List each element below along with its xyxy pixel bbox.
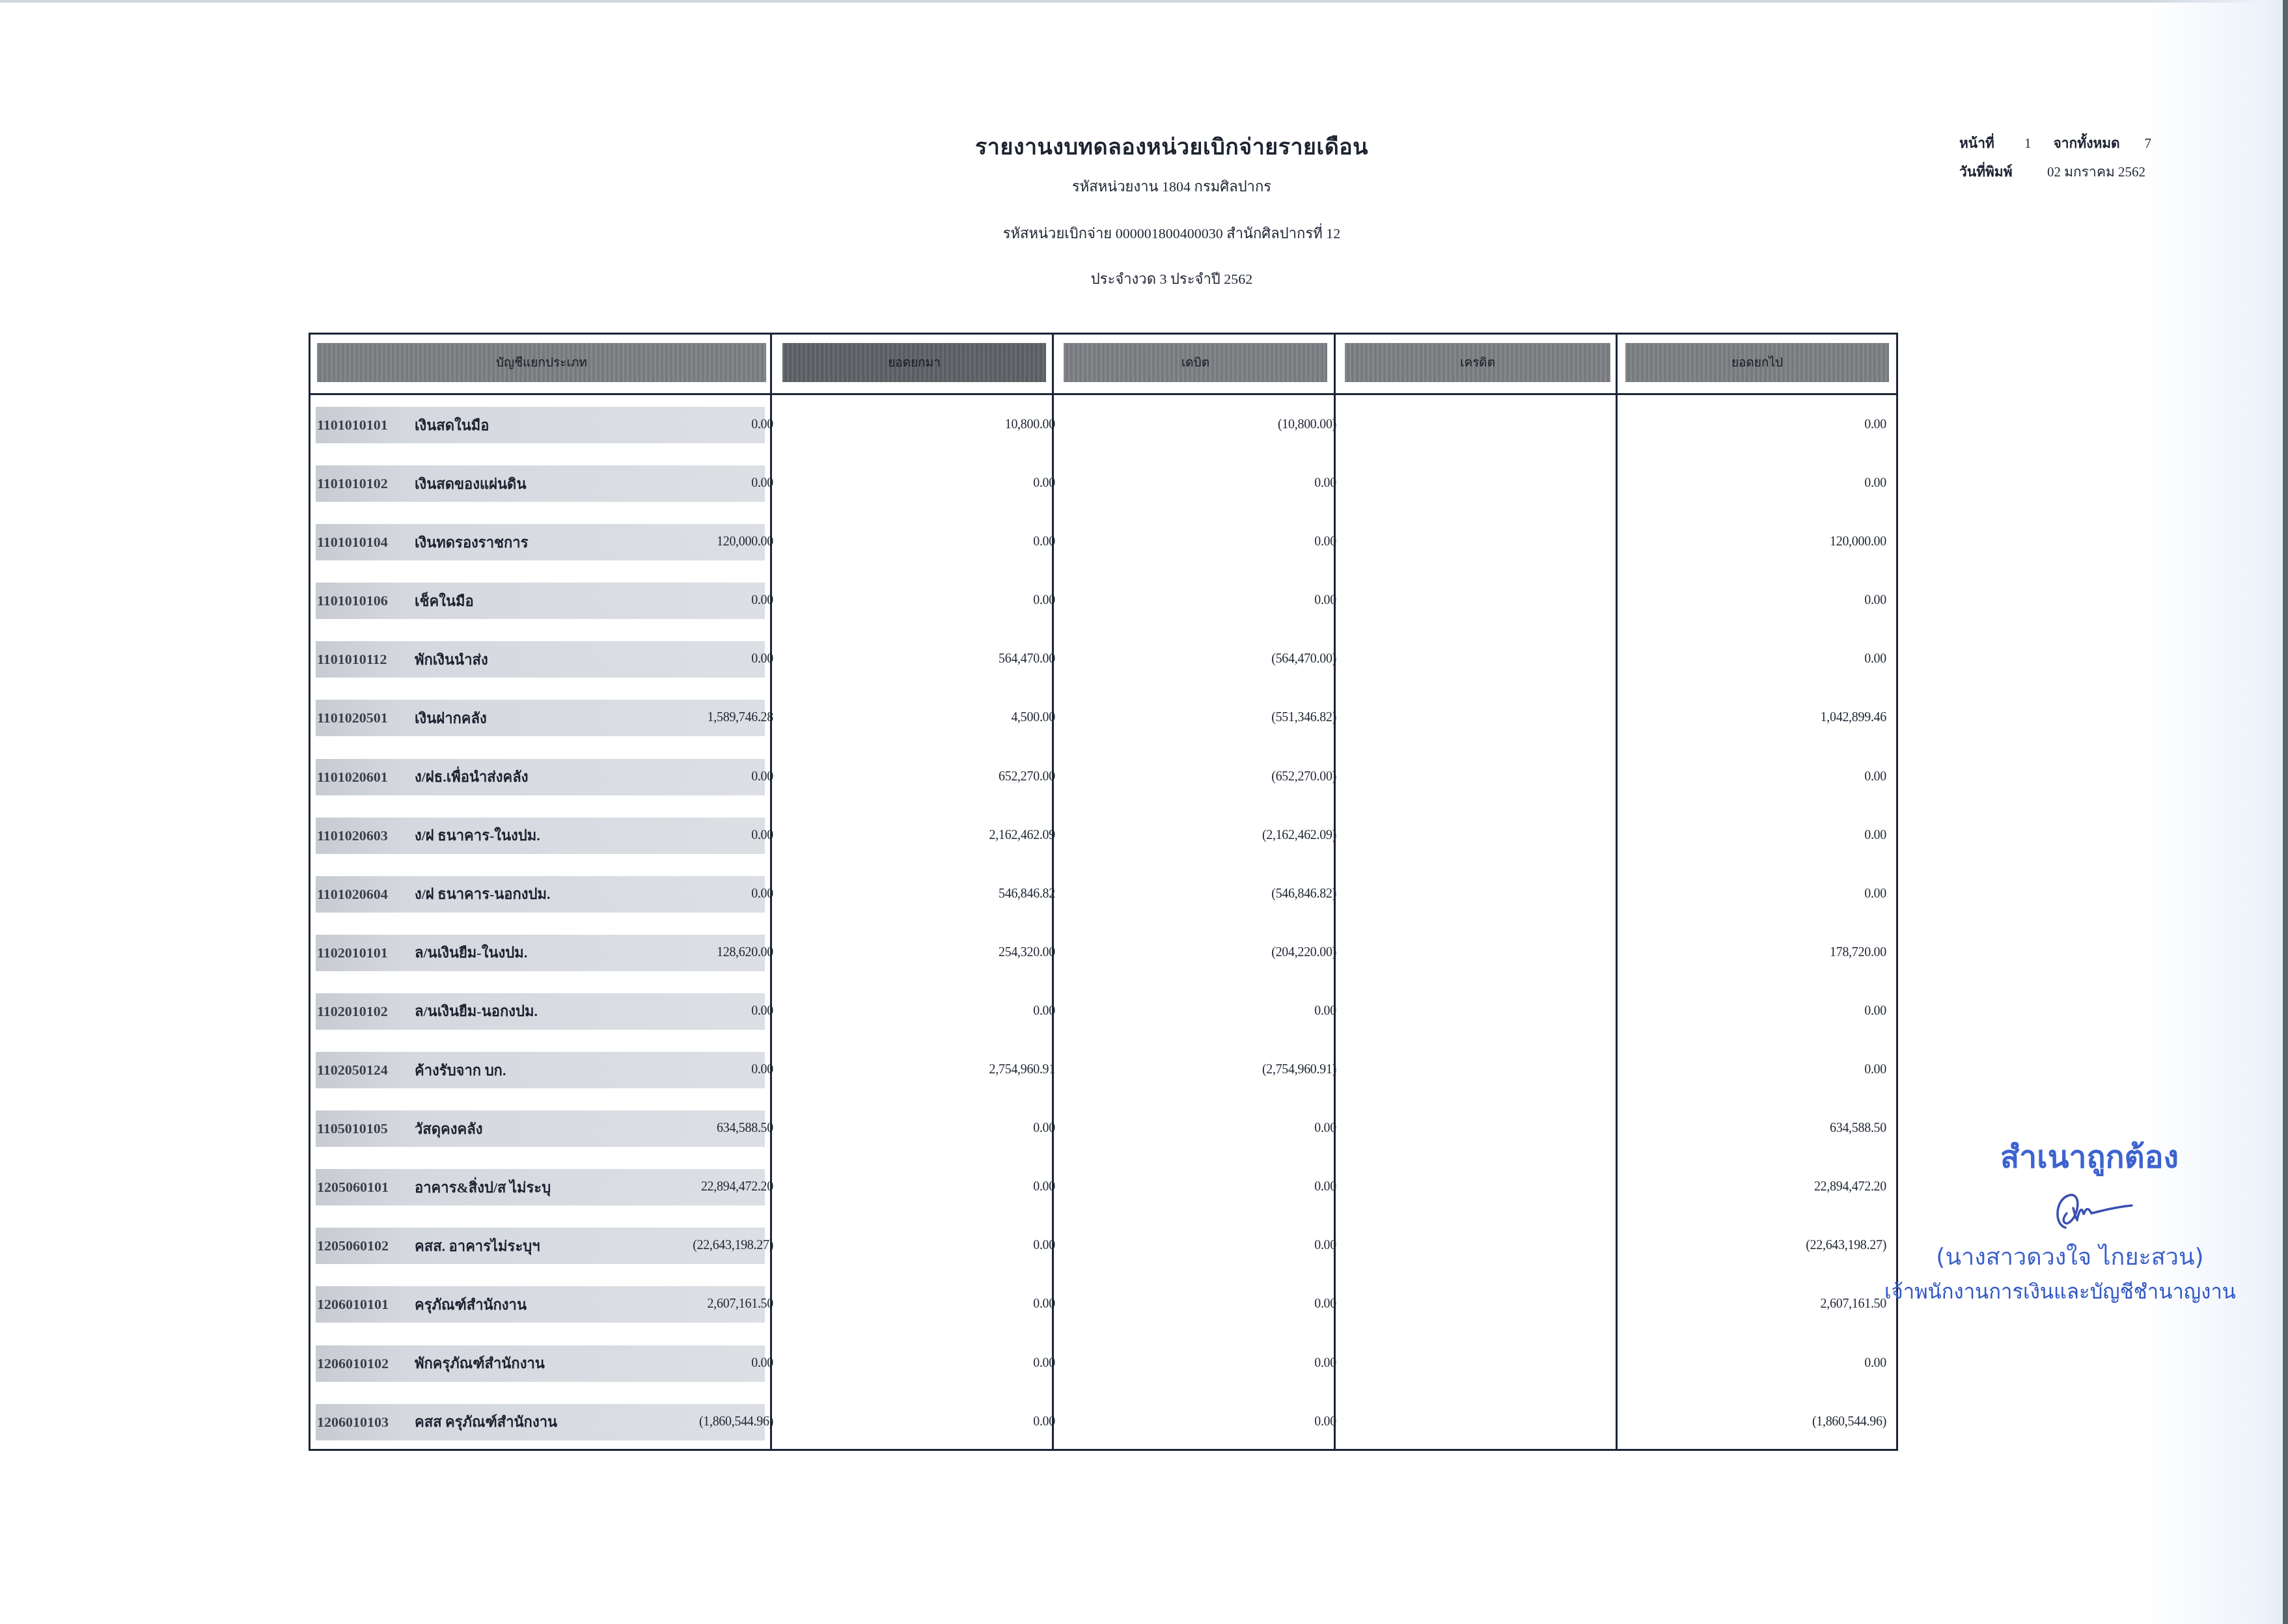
- column-header-opening: ยอดยกมา: [782, 343, 1046, 382]
- table-row: 1206010102 พักครุภัณฑ์สำนักงาน 0.00 0.00…: [310, 1334, 1896, 1392]
- credit-amount: (10,800.00): [1278, 417, 1336, 432]
- credit-amount: 0.00: [1314, 1297, 1336, 1312]
- account-cell: 1206010103 คสส ครุภัณฑ์สำนักงาน: [316, 1404, 765, 1440]
- account-code: 1102010102: [316, 1003, 408, 1020]
- credit-amount: 0.00: [1314, 1356, 1336, 1371]
- account-name: ครุภัณฑ์สำนักงาน: [408, 1293, 527, 1316]
- disbursing-unit: รหัสหน่วยเบิกจ่าย 000001800400030 สำนักศ…: [911, 224, 1432, 243]
- account-cell: 1102010102 ล/นเงินยืม-นอกงปม.: [316, 993, 765, 1030]
- account-code: 1102050124: [316, 1062, 408, 1079]
- credit-amount: (2,162,462.09): [1262, 828, 1336, 843]
- certified-copy-stamp: สำเนาถูกต้อง (นางสาวดวงใจ ไกยะสวน) เจ้าพ…: [1875, 1133, 2252, 1308]
- account-cell: 1101010102 เงินสดของแผ่นดิน: [316, 465, 765, 502]
- debit-amount: 546,846.82: [999, 887, 1055, 901]
- account-name: พักครุภัณฑ์สำนักงาน: [408, 1352, 545, 1375]
- credit-amount: (546,846.82): [1271, 887, 1336, 901]
- table-row: 1101010112 พักเงินนำส่ง 0.00 564,470.00 …: [310, 629, 1896, 688]
- column-header-debit: เดบิต: [1064, 343, 1327, 382]
- account-code: 1102010101: [316, 944, 408, 961]
- trial-balance-table: บัญชีแยกประเภท ยอดยกมา เดบิต เครดิต ยอดย…: [309, 333, 1898, 1451]
- column-header-account: บัญชีแยกประเภท: [317, 343, 766, 382]
- account-cell: 1101020604 ง/ฝ ธนาคาร-นอกงปม.: [316, 876, 765, 913]
- account-cell: 1101020603 ง/ฝ ธนาคาร-ในงปม.: [316, 818, 765, 854]
- table-row: 1102050124 ค้างรับจาก บก. 0.00 2,754,960…: [310, 1040, 1896, 1099]
- credit-amount: 0.00: [1314, 1121, 1336, 1136]
- account-name: เงินทดรองราชการ: [408, 531, 528, 554]
- opening-balance: 0.00: [751, 769, 773, 784]
- account-name: เช็คในมือ: [408, 590, 474, 612]
- account-code: 1206010101: [316, 1296, 408, 1313]
- print-date: 02 มกราคม 2562: [2047, 158, 2145, 186]
- account-cell: 1102050124 ค้างรับจาก บก.: [316, 1052, 765, 1088]
- credit-amount: 0.00: [1314, 1179, 1336, 1194]
- account-name: ง/ฝธ.เพื่อนำส่งคลัง: [408, 765, 528, 788]
- stamp-title: สำเนาถูกต้อง: [1927, 1133, 2252, 1182]
- account-cell: 1101010106 เช็คในมือ: [316, 583, 765, 619]
- agency-code: รหัสหน่วยงาน 1804 กรมศิลปากร: [911, 177, 1432, 197]
- credit-amount: (204,220.00): [1271, 945, 1336, 960]
- table-body: 1101010101 เงินสดในมือ 0.00 10,800.00 (1…: [310, 395, 1896, 1451]
- account-name: ง/ฝ ธนาคาร-นอกงปม.: [408, 883, 551, 905]
- page-number: 1: [2024, 129, 2032, 158]
- report-title: รายงานงบทดลองหน่วยเบิกจ่ายรายเดือน: [911, 130, 1432, 165]
- account-code: 1101020604: [316, 886, 408, 903]
- credit-amount: 0.00: [1314, 476, 1336, 491]
- closing-balance: 0.00: [1864, 769, 1886, 784]
- debit-amount: 10,800.00: [1005, 417, 1055, 432]
- table-header: บัญชีแยกประเภท ยอดยกมา เดบิต เครดิต ยอดย…: [310, 335, 1896, 393]
- opening-balance: 0.00: [751, 1004, 773, 1019]
- closing-balance: 0.00: [1864, 1062, 1886, 1077]
- print-date-label: วันที่พิมพ์: [1959, 158, 2047, 186]
- table-row: 1101020601 ง/ฝธ.เพื่อนำส่งคลัง 0.00 652,…: [310, 747, 1896, 806]
- total-pages: 7: [2145, 129, 2152, 158]
- opening-balance: 0.00: [751, 887, 773, 901]
- account-code: 1205060102: [316, 1237, 408, 1254]
- closing-balance: (1,860,544.96): [1812, 1414, 1886, 1429]
- account-cell: 1101010104 เงินทดรองราชการ: [316, 524, 765, 560]
- page-meta: หน้าที่ 1 จากทั้งหมด 7 วันที่พิมพ์ 02 มก…: [1959, 129, 2168, 186]
- account-name: วัสดุคงคลัง: [408, 1118, 482, 1140]
- debit-amount: 564,470.00: [999, 652, 1055, 667]
- table-row: 1101010101 เงินสดในมือ 0.00 10,800.00 (1…: [310, 395, 1896, 454]
- credit-amount: (551,346.82): [1271, 710, 1336, 725]
- account-name: ล/นเงินยืม-ในงปม.: [408, 941, 527, 964]
- opening-balance: (22,643,198.27): [693, 1238, 773, 1253]
- credit-amount: (652,270.00): [1271, 769, 1336, 784]
- closing-balance: 0.00: [1864, 476, 1886, 491]
- account-cell: 1105010105 วัสดุคงคลัง: [316, 1110, 765, 1147]
- opening-balance: 0.00: [751, 476, 773, 491]
- closing-balance: 0.00: [1864, 887, 1886, 901]
- account-code: 1101010104: [316, 534, 408, 551]
- debit-amount: 0.00: [1033, 1004, 1055, 1019]
- table-row: 1105010105 วัสดุคงคลัง 634,588.50 0.00 0…: [310, 1099, 1896, 1157]
- closing-balance: 0.00: [1864, 1004, 1886, 1019]
- opening-balance: 634,588.50: [717, 1121, 773, 1136]
- account-code: 1205060101: [316, 1179, 408, 1196]
- credit-amount: 0.00: [1314, 593, 1336, 608]
- column-header-closing: ยอดยกไป: [1625, 343, 1889, 382]
- debit-amount: 0.00: [1033, 1414, 1055, 1429]
- opening-balance: 0.00: [751, 417, 773, 432]
- account-name: ค้างรับจาก บก.: [408, 1059, 506, 1082]
- account-cell: 1205060101 อาคาร&สิ่งป/ส ไม่ระบุ: [316, 1169, 765, 1205]
- account-code: 1105010105: [316, 1120, 408, 1137]
- opening-balance: 22,894,472.20: [701, 1179, 773, 1194]
- credit-amount: (2,754,960.91): [1262, 1062, 1336, 1077]
- table-row: 1101020604 ง/ฝ ธนาคาร-นอกงปม. 0.00 546,8…: [310, 864, 1896, 923]
- table-row: 1101020603 ง/ฝ ธนาคาร-ในงปม. 0.00 2,162,…: [310, 806, 1896, 864]
- table-row: 1101020501 เงินฝากคลัง 1,589,746.28 4,50…: [310, 688, 1896, 747]
- table-row: 1102010102 ล/นเงินยืม-นอกงปม. 0.00 0.00 …: [310, 982, 1896, 1040]
- opening-balance: 128,620.00: [717, 945, 773, 960]
- table-row: 1205060102 คสส. อาคารไม่ระบุฯ (22,643,19…: [310, 1216, 1896, 1274]
- account-cell: 1102010101 ล/นเงินยืม-ในงปม.: [316, 935, 765, 971]
- account-cell: 1101010101 เงินสดในมือ: [316, 407, 765, 443]
- account-code: 1101020501: [316, 709, 408, 726]
- page-label: หน้าที่: [1959, 129, 2024, 158]
- account-code: 1101010101: [316, 417, 408, 434]
- account-code: 1206010102: [316, 1355, 408, 1372]
- closing-balance: 0.00: [1864, 828, 1886, 843]
- account-cell: 1206010102 พักครุภัณฑ์สำนักงาน: [316, 1345, 765, 1382]
- closing-balance: 120,000.00: [1830, 534, 1886, 549]
- account-name: เงินสดของแผ่นดิน: [408, 473, 526, 495]
- report-period: ประจำงวด 3 ประจำปี 2562: [911, 269, 1432, 289]
- debit-amount: 0.00: [1033, 476, 1055, 491]
- debit-amount: 0.00: [1033, 1297, 1055, 1312]
- debit-amount: 4,500.00: [1011, 710, 1055, 725]
- signer-name: (นางสาวดวงใจ ไกยะสวน): [1888, 1238, 2252, 1275]
- opening-balance: 0.00: [751, 828, 773, 843]
- closing-balance: 178,720.00: [1830, 945, 1886, 960]
- table-row: 1101010104 เงินทดรองราชการ 120,000.00 0.…: [310, 512, 1896, 571]
- table-row: 1101010106 เช็คในมือ 0.00 0.00 0.00 0.00: [310, 571, 1896, 629]
- opening-balance: 0.00: [751, 1356, 773, 1371]
- opening-balance: 2,607,161.50: [708, 1297, 773, 1312]
- debit-amount: 0.00: [1033, 1121, 1055, 1136]
- debit-amount: 0.00: [1033, 593, 1055, 608]
- debit-amount: 254,320.00: [999, 945, 1055, 960]
- account-code: 1101020601: [316, 769, 408, 786]
- scan-edge-shadow: [2145, 0, 2288, 1624]
- account-code: 1101020603: [316, 827, 408, 844]
- closing-balance: 0.00: [1864, 417, 1886, 432]
- credit-amount: 0.00: [1314, 1004, 1336, 1019]
- report-header: รายงานงบทดลองหน่วยเบิกจ่ายรายเดือน รหัสห…: [911, 130, 1432, 289]
- opening-balance: 0.00: [751, 593, 773, 608]
- credit-amount: (564,470.00): [1271, 652, 1336, 667]
- credit-amount: 0.00: [1314, 1238, 1336, 1253]
- account-name: พักเงินนำส่ง: [408, 648, 488, 671]
- scan-edge-top: [0, 0, 2288, 3]
- account-cell: 1101020501 เงินฝากคลัง: [316, 700, 765, 736]
- table-row: 1206010103 คสส ครุภัณฑ์สำนักงาน (1,860,5…: [310, 1392, 1896, 1451]
- account-name: คสส ครุภัณฑ์สำนักงาน: [408, 1411, 557, 1433]
- column-header-credit: เครดิต: [1345, 343, 1610, 382]
- closing-balance: 1,042,899.46: [1821, 710, 1886, 725]
- debit-amount: 0.00: [1033, 1356, 1055, 1371]
- account-name: ล/นเงินยืม-นอกงปม.: [408, 1000, 538, 1023]
- credit-amount: 0.00: [1314, 1414, 1336, 1429]
- account-cell: 1101010112 พักเงินนำส่ง: [316, 641, 765, 678]
- opening-balance: 120,000.00: [717, 534, 773, 549]
- signature-icon: [1875, 1189, 2252, 1234]
- debit-amount: 2,754,960.91: [989, 1062, 1055, 1077]
- debit-amount: 0.00: [1033, 1238, 1055, 1253]
- opening-balance: 0.00: [751, 652, 773, 667]
- print-date-row: วันที่พิมพ์ 02 มกราคม 2562: [1959, 158, 2168, 186]
- table-row: 1101010102 เงินสดของแผ่นดิน 0.00 0.00 0.…: [310, 454, 1896, 512]
- opening-balance: (1,860,544.96): [699, 1414, 773, 1429]
- account-code: 1206010103: [316, 1414, 408, 1431]
- debit-amount: 0.00: [1033, 534, 1055, 549]
- debit-amount: 0.00: [1033, 1179, 1055, 1194]
- total-label: จากทั้งหมด: [2054, 129, 2145, 158]
- closing-balance: 0.00: [1864, 593, 1886, 608]
- opening-balance: 0.00: [751, 1062, 773, 1077]
- table-row: 1102010101 ล/นเงินยืม-ในงปม. 128,620.00 …: [310, 923, 1896, 982]
- account-name: คสส. อาคารไม่ระบุฯ: [408, 1235, 540, 1258]
- account-cell: 1101020601 ง/ฝธ.เพื่อนำส่งคลัง: [316, 759, 765, 795]
- account-code: 1101010102: [316, 475, 408, 492]
- account-cell: 1206010101 ครุภัณฑ์สำนักงาน: [316, 1286, 765, 1323]
- scan-edge-border: [2283, 0, 2288, 1624]
- page-counter: หน้าที่ 1 จากทั้งหมด 7: [1959, 129, 2168, 158]
- table-row: 1206010101 ครุภัณฑ์สำนักงาน 2,607,161.50…: [310, 1274, 1896, 1333]
- account-code: 1101010106: [316, 592, 408, 609]
- account-name: ง/ฝ ธนาคาร-ในงปม.: [408, 824, 540, 847]
- debit-amount: 2,162,462.09: [989, 828, 1055, 843]
- account-name: เงินฝากคลัง: [408, 707, 487, 730]
- account-code: 1101010112: [316, 651, 408, 668]
- opening-balance: 1,589,746.28: [708, 710, 773, 725]
- credit-amount: 0.00: [1314, 534, 1336, 549]
- account-name: อาคาร&สิ่งป/ส ไม่ระบุ: [408, 1176, 551, 1199]
- signer-position: เจ้าพนักงานการเงินและบัญชีชำนาญงาน: [1868, 1275, 2252, 1308]
- table-row: 1205060101 อาคาร&สิ่งป/ส ไม่ระบุ 22,894,…: [310, 1157, 1896, 1216]
- closing-balance: 0.00: [1864, 1356, 1886, 1371]
- account-name: เงินสดในมือ: [408, 414, 489, 437]
- debit-amount: 652,270.00: [999, 769, 1055, 784]
- closing-balance: 0.00: [1864, 652, 1886, 667]
